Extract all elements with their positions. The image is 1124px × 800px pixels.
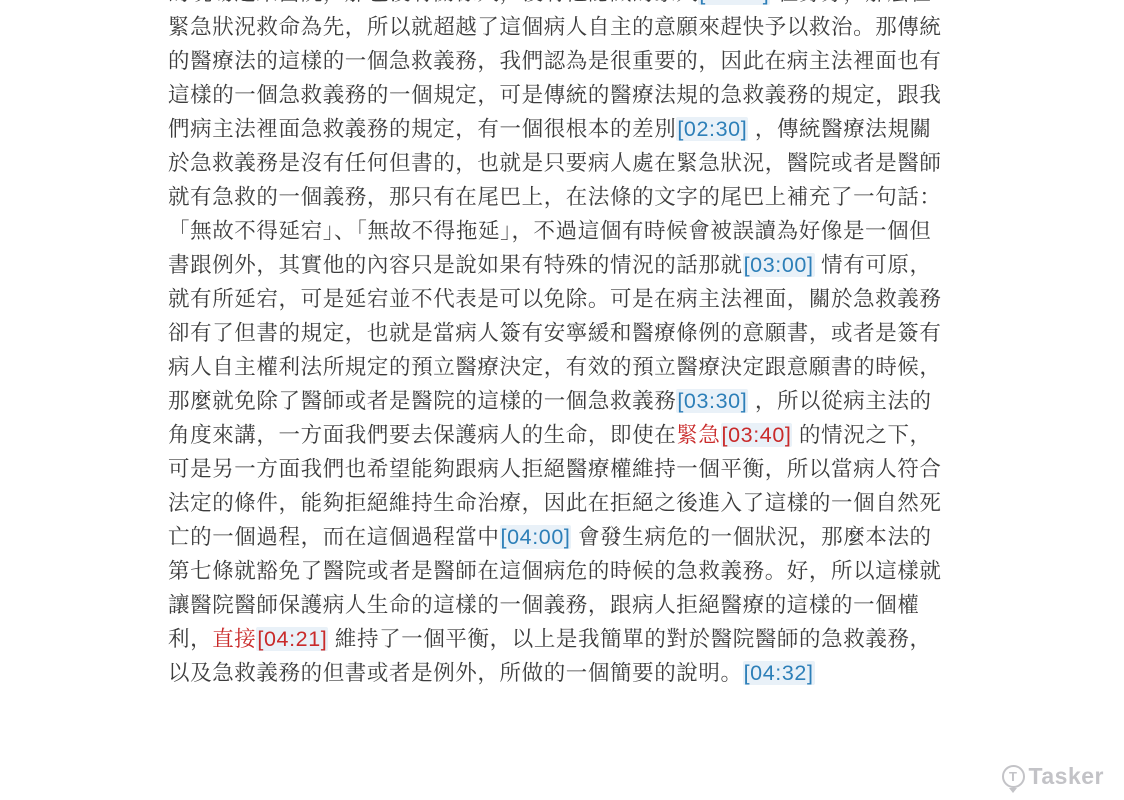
tasker-wordmark: Tasker: [1029, 763, 1104, 790]
timestamp-link[interactable]: [03:40]: [721, 423, 793, 447]
tasker-logo-icon: T: [1002, 765, 1025, 788]
timestamp-link[interactable]: [04:32]: [743, 661, 815, 685]
document-page: 的現場送來醫院，那也沒有關係人，沒有他認識的家人[02:00] 在身旁，那麼在緊…: [168, 0, 952, 800]
tasker-logo-letter: T: [1009, 769, 1017, 784]
timestamp-link[interactable]: [03:30]: [676, 389, 748, 413]
tasker-watermark: T Tasker: [1002, 763, 1104, 790]
highlighted-keyword: 緊急: [676, 423, 720, 447]
timestamp-link[interactable]: [04:00]: [500, 525, 572, 549]
timestamp-link[interactable]: [02:30]: [676, 117, 748, 141]
timestamp-link[interactable]: [04:21]: [256, 627, 328, 651]
highlighted-keyword: 直接: [212, 627, 256, 651]
transcript-text: 的現場送來醫院，那也沒有關係人，沒有他認識的家人: [168, 0, 698, 5]
transcript-paragraph: 的現場送來醫院，那也沒有關係人，沒有他認識的家人[02:00] 在身旁，那麼在緊…: [168, 0, 952, 690]
timestamp-link[interactable]: [03:00]: [743, 253, 815, 277]
transcript-body: 的現場送來醫院，那也沒有關係人，沒有他認識的家人[02:00] 在身旁，那麼在緊…: [168, 0, 952, 690]
timestamp-link[interactable]: [02:00]: [698, 0, 770, 5]
